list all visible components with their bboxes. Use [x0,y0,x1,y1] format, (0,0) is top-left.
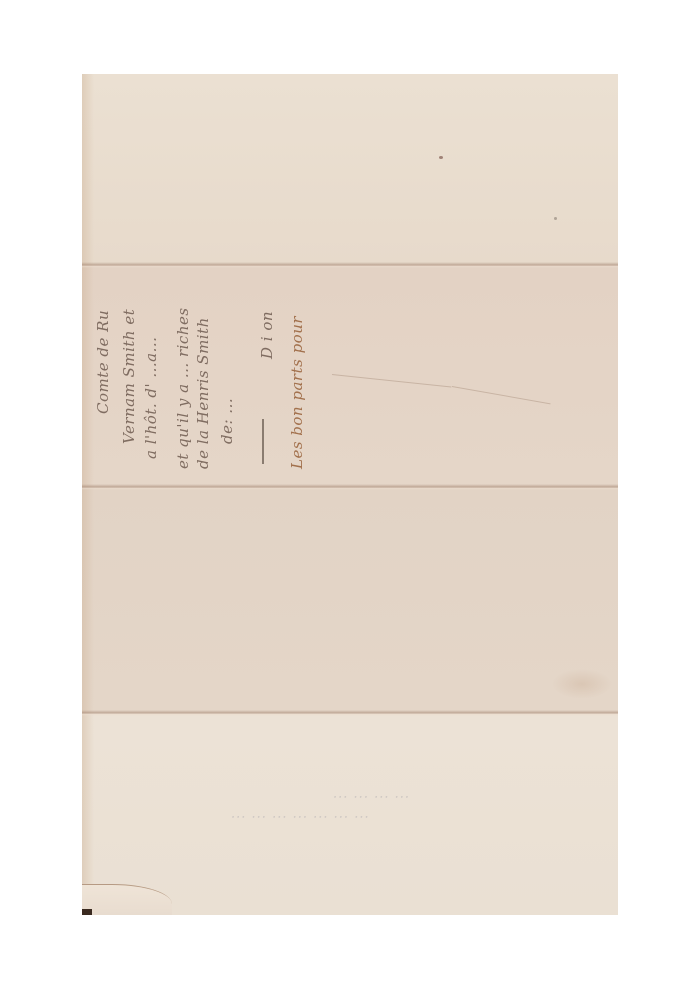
bleed-through-text: ... ... ... ... ... ... ... [230,812,369,827]
ink-spot [554,217,557,220]
stain [552,669,612,699]
paper-panel-middle [82,487,618,713]
fold-line [82,262,618,268]
handwriting-line: Comte de Ru [94,310,112,414]
pen-stroke [262,419,264,464]
fold-line [82,710,618,716]
ink-spot [439,156,443,159]
manuscript-page: Comte de Ru Vernam Smith et a l'hôt. d' … [82,74,618,915]
handwriting-line: D i on [258,311,276,359]
bleed-through-text: ... ... ... ... [332,792,409,807]
handwriting-line: a l'hôt. d' ...a... [142,337,160,459]
handwriting-line: Vernam Smith et [120,309,138,444]
handwriting-line-brown: Les bon parts pour [288,316,306,469]
corner-shadow [82,909,92,915]
handwriting-line: et qu'il y a ... riches [174,307,192,469]
handwriting-line: de la Henris Smith [194,317,212,469]
paper-panel-top [82,74,618,265]
handwriting-line: de: ... [218,398,236,444]
fold-line [82,484,618,490]
paper-left-edge [82,74,94,915]
